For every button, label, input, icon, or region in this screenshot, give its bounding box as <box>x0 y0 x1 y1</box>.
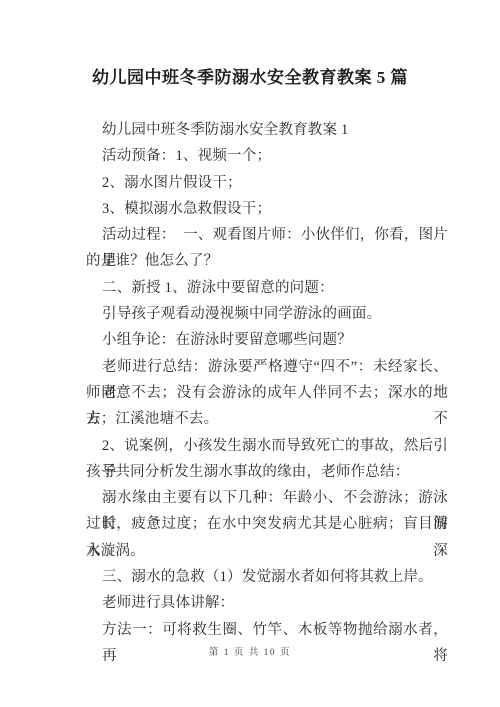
document-title: 幼儿园中班冬季防溺水安全教育教案 5 篇 <box>0 66 500 90</box>
text-line: 溺水缘由主要有以下几种：年龄小、不会游泳；游泳时间 <box>86 485 448 511</box>
text-line: 引导孩子观看动漫视频中同学游泳的画面。 <box>86 301 448 327</box>
text-line: 三、溺水的急救（1）发觉溺水者如何将其救上岸。 <box>86 564 448 590</box>
text-line: 师同意不去；没有会游泳的成年人伴同不去；深水的地方不 <box>86 380 448 406</box>
text-line: 活动预备：1、视频一个； <box>86 143 448 169</box>
text-line: 的是谁？他怎么了？ <box>86 248 448 274</box>
document-body: 幼儿园中班冬季防溺水安全教育教案 1活动预备：1、视频一个；2、溺水图片假设干；… <box>86 117 448 643</box>
text-line: 过长，疲惫过度；在水中突发病尤其是心脏病；盲目游入深 <box>86 511 448 537</box>
text-line: 老师进行总结：游泳要严格遵守“四不”：未经家长、老 <box>86 354 448 380</box>
text-line: 小组争论：在游泳时要留意哪些问题？ <box>86 327 448 353</box>
text-line: 孩子共同分析发生溺水事故的缘由，老师作总结： <box>86 459 448 485</box>
document-page: 幼儿园中班冬季防溺水安全教育教案 5 篇 幼儿园中班冬季防溺水安全教育教案 1活… <box>0 0 500 707</box>
text-line: 活动过程： 一、观看图片师：小伙伴们，你看，图片里 <box>86 222 448 248</box>
page-number-footer: 第 1 页 共 10 页 <box>0 646 500 660</box>
text-line: 幼儿园中班冬季防溺水安全教育教案 1 <box>86 117 448 143</box>
text-line: 2、说案例，小孩发生溺水而导致死亡的事故，然后引导 <box>86 433 448 459</box>
text-line: 二、新授 1、游泳中要留意的问题： <box>86 275 448 301</box>
text-line: 方法一：可将救生圈、竹竿、木板等物抛给溺水者，再将 <box>86 617 448 643</box>
text-line: 3、模拟溺水急救假设干； <box>86 196 448 222</box>
text-line: 老师进行具体讲解： <box>86 590 448 616</box>
text-line: 2、溺水图片假设干； <box>86 170 448 196</box>
